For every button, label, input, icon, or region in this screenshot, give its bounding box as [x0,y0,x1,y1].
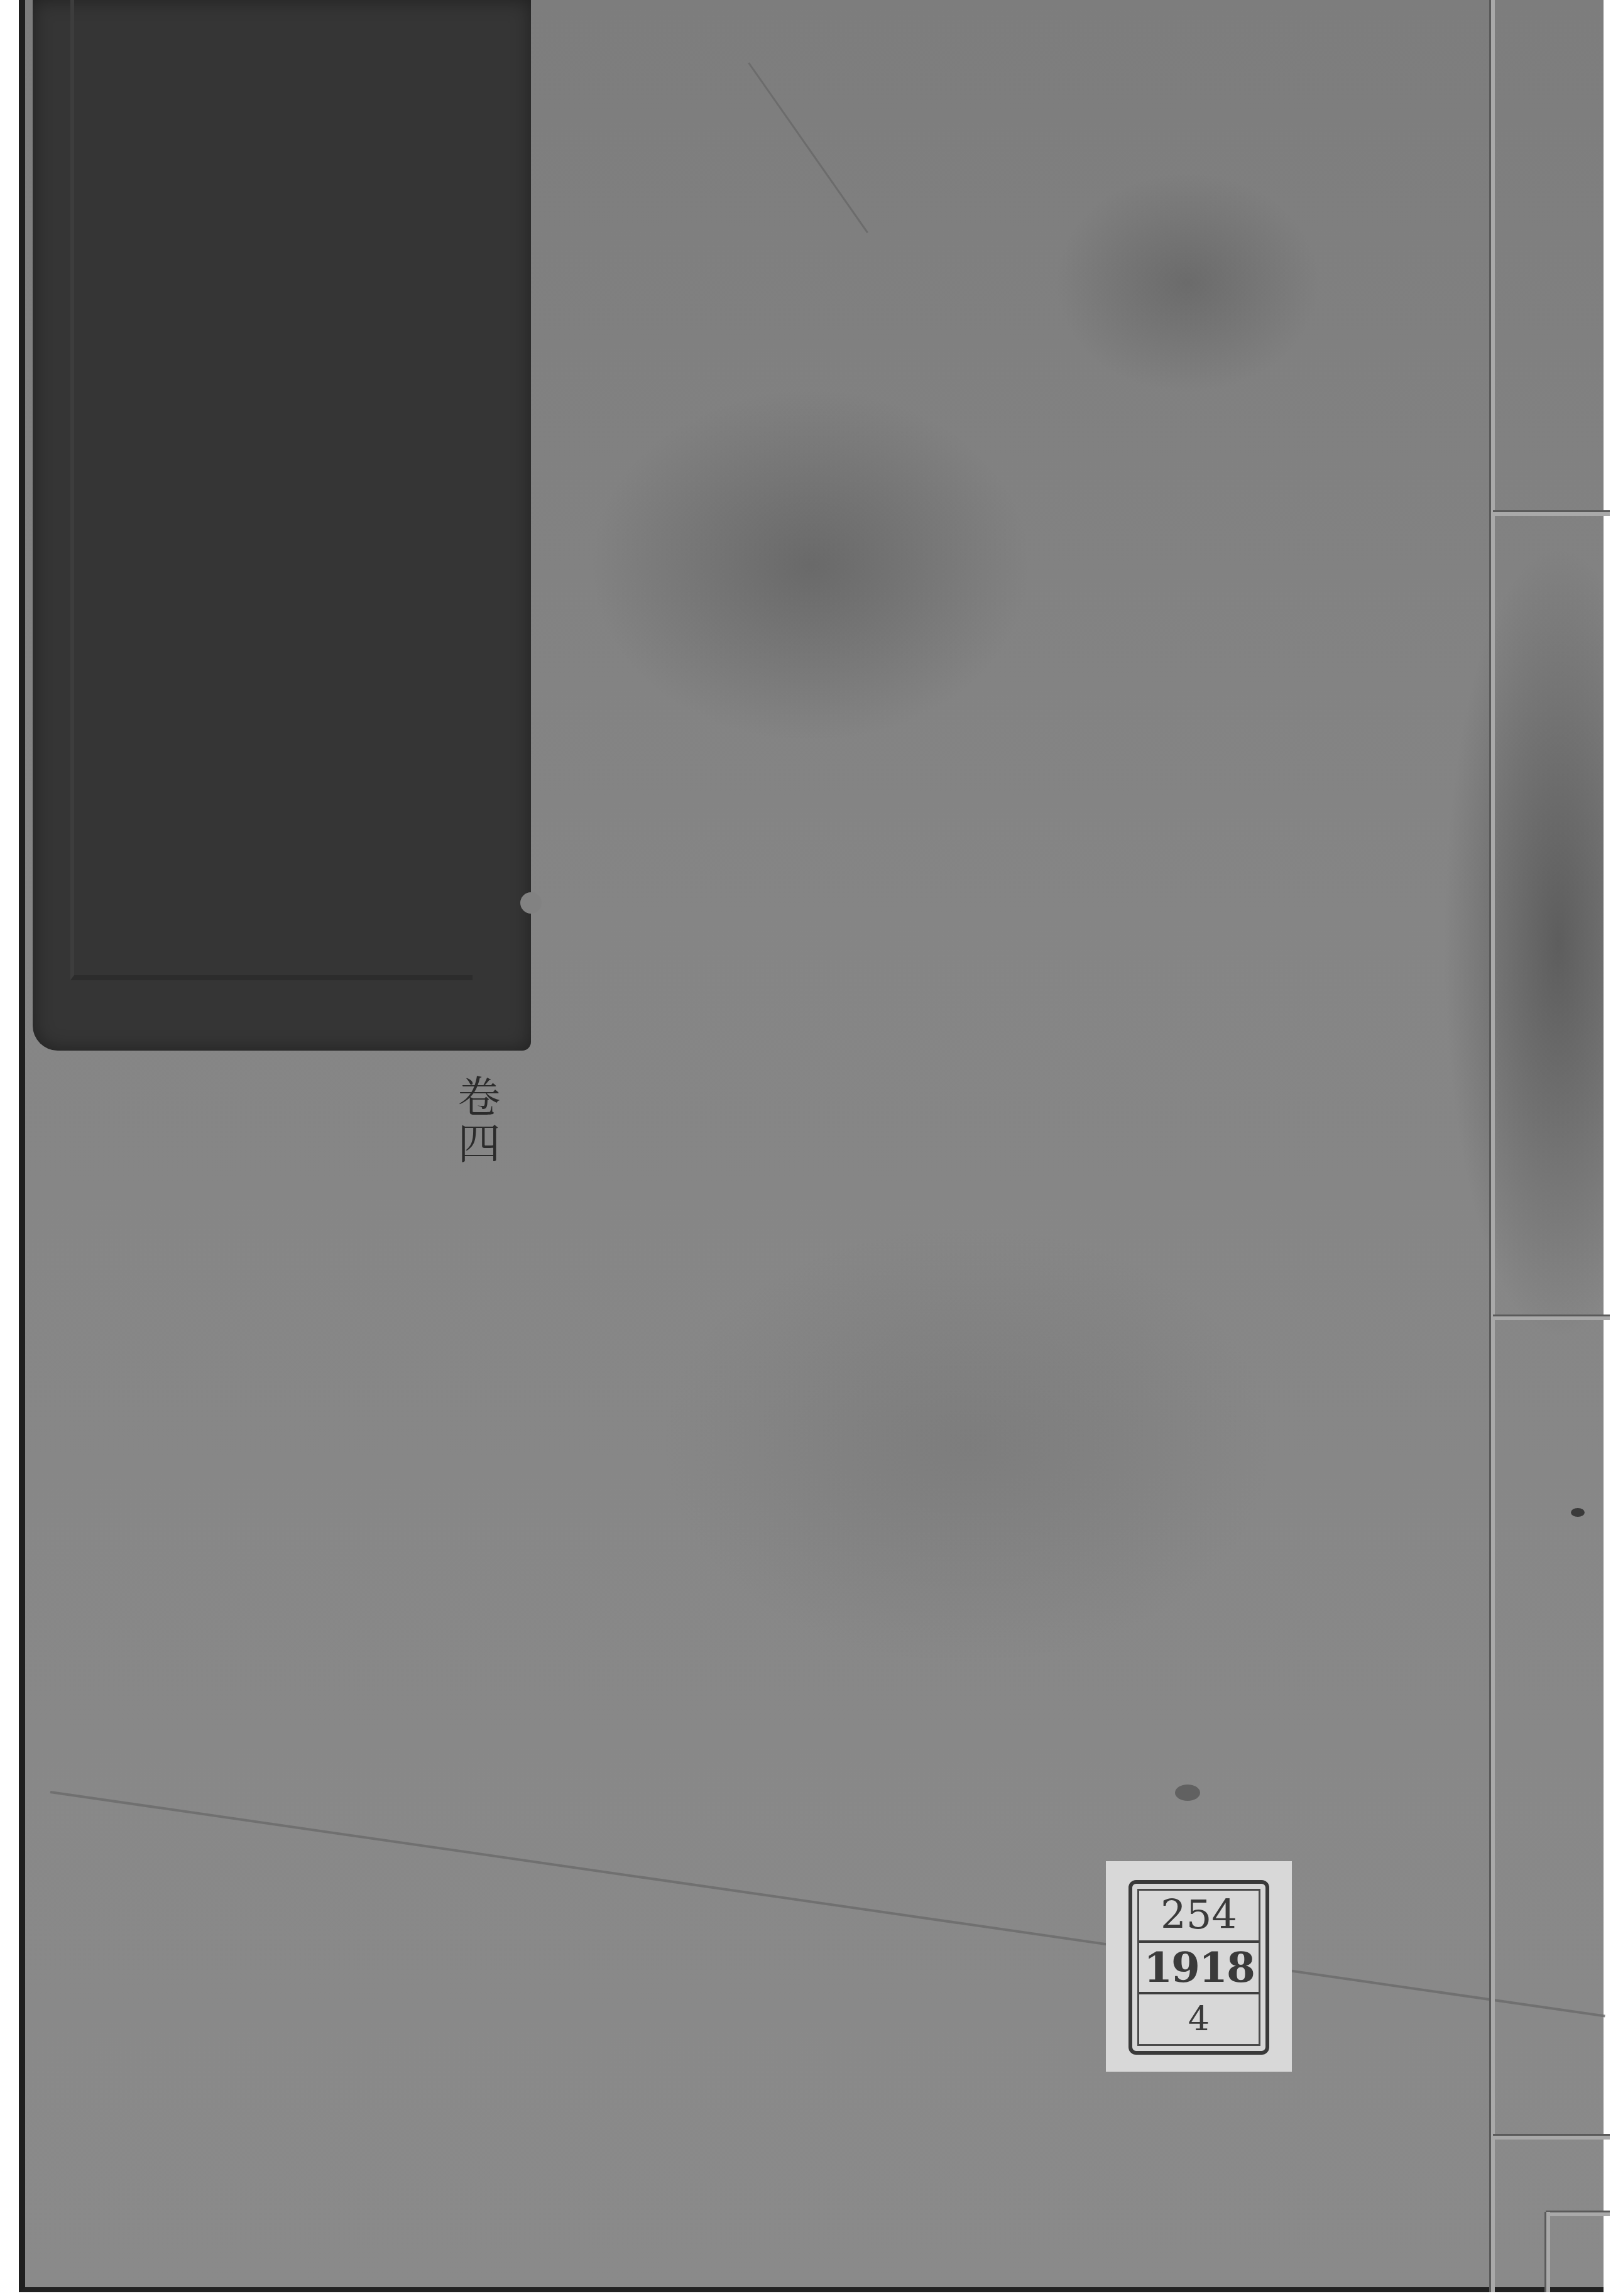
binding-thread-horizontal [1493,2134,1610,2140]
paper-crease [50,1791,1605,2018]
ink-spot [1175,1785,1200,1801]
volume-mark: 卷四 [434,1074,496,1167]
binding-thread-vertical [1544,2212,1550,2292]
label-line-2: 1918 [1139,1943,1259,1995]
title-slip-damage [520,892,542,914]
paper-crack [748,62,868,233]
binding-thread-vertical [1489,0,1495,2292]
title-slip [33,0,531,1051]
binding-thread-horizontal [1546,2211,1610,2216]
call-number-label: 254 1918 4 [1106,1861,1292,2072]
label-line-3: 4 [1139,1994,1259,2044]
label-frame: 254 1918 4 [1128,1880,1269,2055]
binding-thread-horizontal [1493,510,1610,516]
title-slip-text [70,0,473,980]
ink-spot [1571,1508,1585,1517]
binding-thread-horizontal [1493,1315,1610,1320]
label-line-1: 254 [1139,1891,1259,1943]
